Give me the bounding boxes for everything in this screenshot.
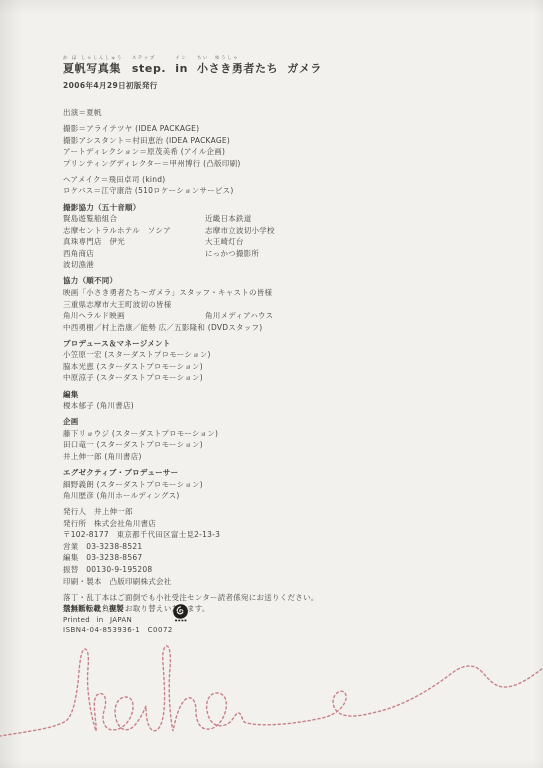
credit-line: 細野義朗 (スターダストプロモーション) bbox=[63, 479, 503, 491]
isbn-code: ISBN4-04-853936-1 C0072 bbox=[63, 625, 173, 636]
credit-cell: 角川メディアハウス bbox=[205, 310, 273, 322]
credit-cell: 大王崎灯台 bbox=[205, 236, 244, 248]
credit-section: 発行人 井上伸一郎発行所 株式会社角川書店〒102-8177 東京都千代田区富士… bbox=[63, 506, 503, 587]
printed-in-japan: Printed in JAPAN bbox=[63, 615, 173, 626]
title-segment: インin bbox=[175, 56, 188, 75]
credit-section: 編集榎本郁子 (角川書店) bbox=[63, 389, 503, 412]
credit-cell: にっかつ撮影所 bbox=[205, 248, 259, 260]
credit-cell: 志摩セントラルホテル ソシア bbox=[63, 225, 205, 237]
credit-row: 志摩セントラルホテル ソシア志摩市立波切小学校 bbox=[63, 225, 503, 237]
credit-line: 落丁・乱丁本はご面倒でも小社受注センター読者係宛にお送りください。 bbox=[63, 592, 503, 604]
credit-line: プリンティングディレクター＝甲州博行 (凸版印刷) bbox=[63, 158, 503, 170]
credit-line: 出演＝夏帆 bbox=[63, 107, 503, 119]
credit-line: 藤下リョウジ (スターダストプロモーション) bbox=[63, 428, 503, 440]
credit-line: 映画「小さき勇者たち～ガメラ」スタッフ・キャストの皆様 bbox=[63, 287, 503, 299]
credit-line: 〒102-8177 東京都千代田区富士見2-13-3 bbox=[63, 529, 503, 541]
title-segment: ガメラ bbox=[287, 56, 322, 75]
section-heading: 企画 bbox=[63, 416, 503, 428]
section-heading: 編集 bbox=[63, 389, 503, 401]
credit-cell: 近畿日本鉄道 bbox=[205, 213, 252, 225]
credit-section: 協力（順不同）映画「小さき勇者たち～ガメラ」スタッフ・キャストの皆様三重県志摩市… bbox=[63, 275, 503, 333]
credit-line: 発行所 株式会社角川書店 bbox=[63, 518, 503, 530]
section-heading: 協力（順不同） bbox=[63, 275, 503, 287]
credits: 出演＝夏帆撮影＝アライテツヤ (IDEA PACKAGE)撮影アシスタント＝村田… bbox=[63, 107, 503, 619]
credit-cell: 志摩市立波切小学校 bbox=[205, 225, 275, 237]
edition-date: 2006年4月29日初版発行 bbox=[63, 80, 331, 91]
credit-line: 脇本光恵 (スターダストプロモーション) bbox=[63, 361, 503, 373]
credit-line: 編集 03-3238-8567 bbox=[63, 552, 503, 564]
credit-section: ヘアメイク＝飛田卓司 (kind)ロケバス＝江守康浩 (510ロケーションサービ… bbox=[63, 174, 503, 197]
credit-section: エグゼクティブ・プロデューサー細野義朗 (スターダストプロモーション)角川歴彦 … bbox=[63, 467, 503, 502]
title-segment: か ほ しゃしんしゅう夏帆写真集 bbox=[63, 56, 123, 75]
section-heading: プロデュース＆マネージメント bbox=[63, 338, 503, 350]
credit-row: 真珠専門店 伊光大王崎灯台 bbox=[63, 236, 503, 248]
book-title: か ほ しゃしんしゅう夏帆写真集ステップstep.インinちい ゆうしゃ小さき勇… bbox=[63, 56, 331, 75]
credit-line: 井上伸一郎 (角川書店) bbox=[63, 451, 503, 463]
credit-line: 三重県志摩市大王町波切の皆様 bbox=[63, 299, 503, 311]
credit-section: 撮影協力（五十音順）賢島遊覧船組合近畿日本鉄道志摩セントラルホテル ソシア志摩市… bbox=[63, 202, 503, 271]
credit-line: 田口竜一 (スターダストプロモーション) bbox=[63, 439, 503, 451]
title-text: in bbox=[175, 62, 188, 75]
rights-notice: 禁無断転載・複製 bbox=[63, 604, 173, 615]
credit-cell: 賢島遊覧船組合 bbox=[63, 213, 205, 225]
title-text: ガメラ bbox=[287, 62, 322, 75]
credit-section: 出演＝夏帆 bbox=[63, 107, 503, 119]
credit-line: ヘアメイク＝飛田卓司 (kind) bbox=[63, 174, 503, 186]
title-text: 夏帆写真集 bbox=[63, 62, 121, 75]
title-block: か ほ しゃしんしゅう夏帆写真集ステップstep.インinちい ゆうしゃ小さき勇… bbox=[63, 56, 331, 91]
title-text: step. bbox=[132, 62, 166, 75]
credit-cell: 西角商店 bbox=[63, 248, 205, 260]
credit-cell: 角川ヘラルド映画 bbox=[63, 310, 205, 322]
credit-row: 角川ヘラルド映画角川メディアハウス bbox=[63, 310, 503, 322]
credit-row: 西角商店にっかつ撮影所 bbox=[63, 248, 503, 260]
title-text: 小さき勇者たち bbox=[197, 62, 278, 75]
kadokawa-phoenix-logo-icon bbox=[172, 603, 189, 623]
credit-line: 中西勇樹／村上浩康／能勢 広／五影隆和 (DVDスタッフ) bbox=[63, 322, 503, 334]
copyright-block: 禁無断転載・複製 Printed in JAPAN ISBN4-04-85393… bbox=[63, 604, 173, 636]
credit-line: 営業 03-3238-8521 bbox=[63, 541, 503, 553]
title-segment: ステップstep. bbox=[132, 56, 166, 75]
credit-line: ロケバス＝江守康浩 (510ロケーションサービス) bbox=[63, 185, 503, 197]
credit-line: 発行人 井上伸一郎 bbox=[63, 506, 503, 518]
credit-row: 賢島遊覧船組合近畿日本鉄道 bbox=[63, 213, 503, 225]
credit-line: 角川歴彦 (角川ホールディングス) bbox=[63, 490, 503, 502]
title-segment: ちい ゆうしゃ小さき勇者たち bbox=[197, 56, 278, 75]
credit-line: 榎本郁子 (角川書店) bbox=[63, 400, 503, 412]
credit-row: 波切漁港 bbox=[63, 259, 503, 271]
credit-line: 中原涼子 (スターダストプロモーション) bbox=[63, 372, 503, 384]
section-heading: エグゼクティブ・プロデューサー bbox=[63, 467, 503, 479]
credit-line: 撮影＝アライテツヤ (IDEA PACKAGE) bbox=[63, 123, 503, 135]
credit-line: 小笠原一宏 (スターダストプロモーション) bbox=[63, 349, 503, 361]
credit-section: プロデュース＆マネージメント小笠原一宏 (スターダストプロモーション)脇本光恵 … bbox=[63, 338, 503, 384]
credit-cell: 真珠専門店 伊光 bbox=[63, 236, 205, 248]
credit-line: アートディレクション＝原茂美希 (アイル企画) bbox=[63, 146, 503, 158]
credit-section: 撮影＝アライテツヤ (IDEA PACKAGE)撮影アシスタント＝村田恵治 (I… bbox=[63, 123, 503, 169]
section-heading: 撮影協力（五十音順） bbox=[63, 202, 503, 214]
credit-line: 撮影アシスタント＝村田恵治 (IDEA PACKAGE) bbox=[63, 135, 503, 147]
credit-line: 振替 00130-9-195208 bbox=[63, 564, 503, 576]
credit-section: 企画藤下リョウジ (スターダストプロモーション)田口竜一 (スターダストプロモー… bbox=[63, 416, 503, 462]
credit-line: 印刷・製本 凸版印刷株式会社 bbox=[63, 576, 503, 588]
credit-cell: 波切漁港 bbox=[63, 259, 205, 271]
